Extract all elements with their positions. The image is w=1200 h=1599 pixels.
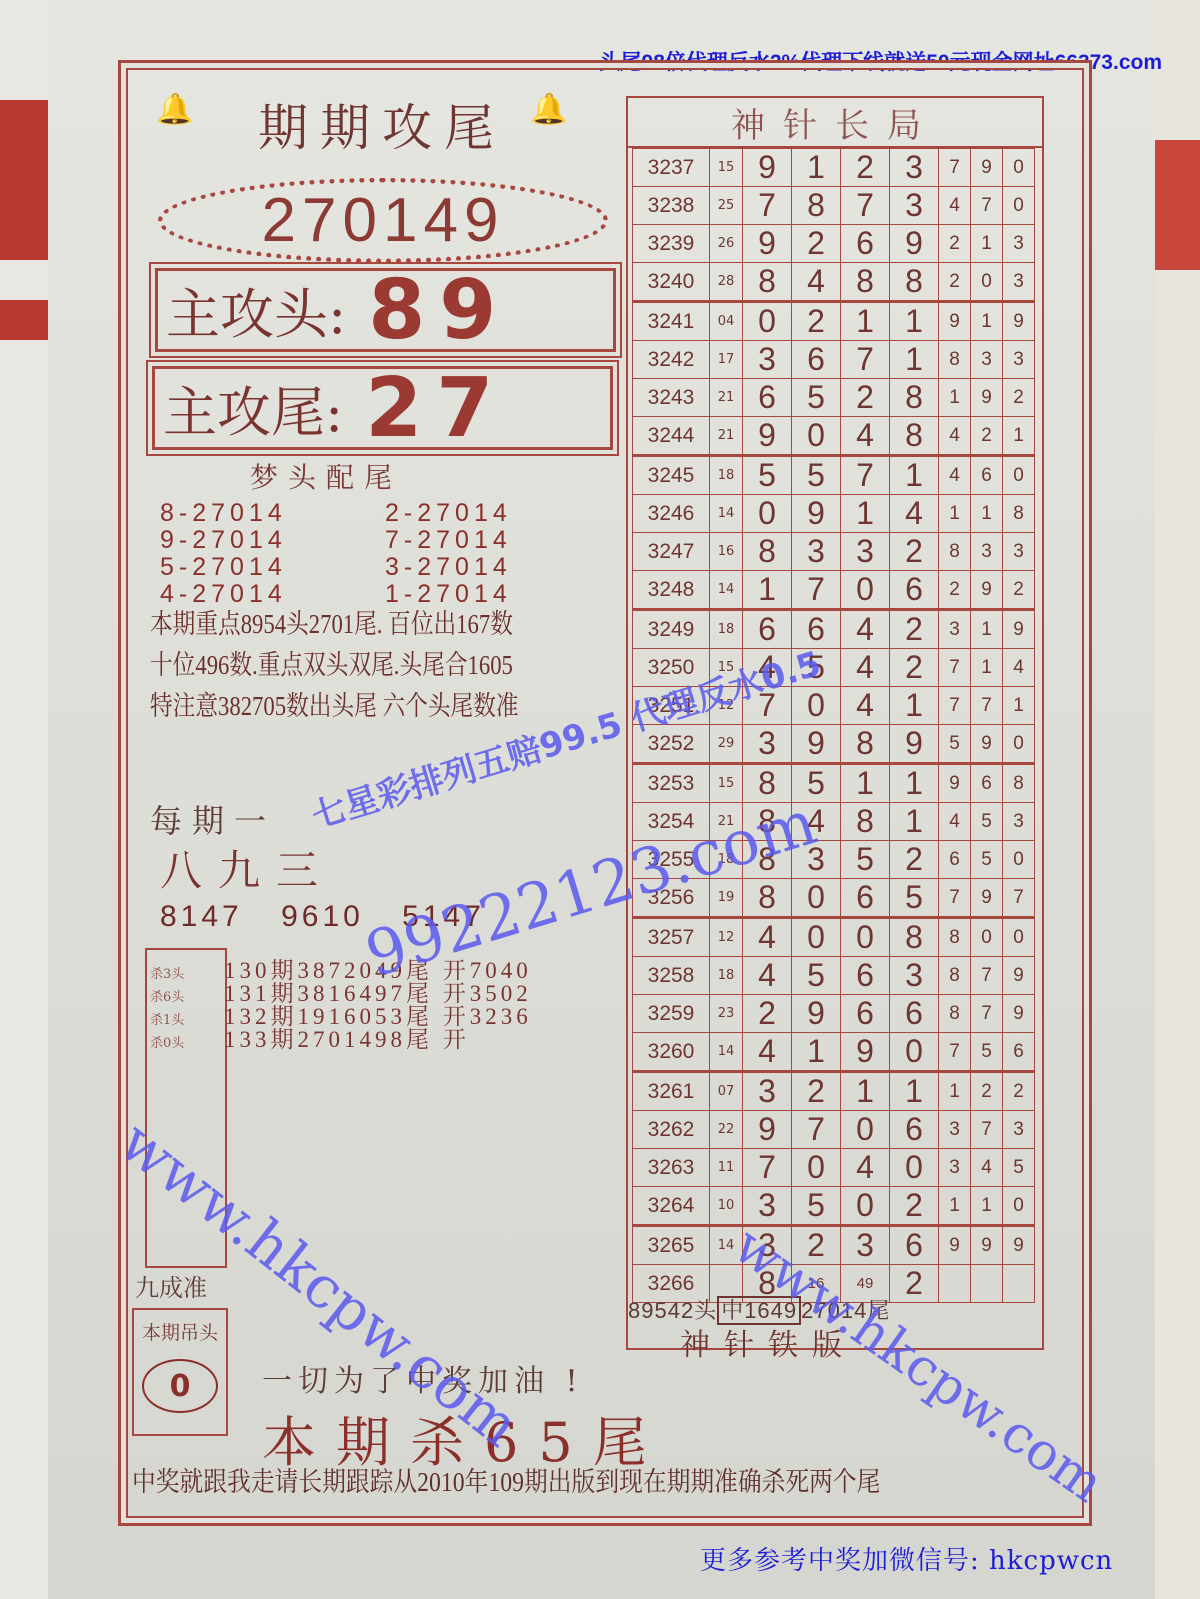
main-digit: 2 (841, 149, 890, 187)
side-digit: 3 (939, 1111, 971, 1149)
side-digit: 7 (971, 687, 1003, 725)
sum-value: 17 (710, 341, 743, 379)
main-digit: 4 (743, 1033, 792, 1072)
side-digit (1003, 1265, 1035, 1303)
main-digit: 4 (841, 649, 890, 687)
main-digit: 3 (890, 149, 939, 187)
main-digit: 4 (841, 610, 890, 649)
side-digit: 0 (1003, 918, 1035, 957)
side-digit (939, 1265, 971, 1303)
table-row: 3244219048421 (633, 417, 1035, 456)
right-page-edge (1155, 0, 1200, 1599)
main-digit: 8 (743, 879, 792, 918)
sum-value: 29 (710, 725, 743, 764)
side-digit: 7 (939, 687, 971, 725)
side-digit: 0 (1003, 187, 1035, 225)
side-digit: 9 (971, 1226, 1003, 1265)
main-digit: 6 (792, 341, 841, 379)
main-digit: 2 (890, 610, 939, 649)
side-digit: 3 (939, 610, 971, 649)
main-digit: 8 (841, 263, 890, 302)
bell-icon: 🔔 (156, 92, 193, 127)
main-digit: 0 (841, 1111, 890, 1149)
side-digit: 9 (1003, 302, 1035, 341)
kill-label: 杀3头 (150, 963, 224, 982)
main-digit: 6 (841, 995, 890, 1033)
main-digit: 5 (743, 456, 792, 495)
table-row: 3246140914118 (633, 495, 1035, 533)
side-digit: 4 (939, 187, 971, 225)
main-digit: 7 (743, 187, 792, 225)
side-digit: 3 (1003, 263, 1035, 302)
side-digit: 2 (1003, 571, 1035, 610)
side-digit: 9 (1003, 610, 1035, 649)
main-tail-value: 27 (365, 361, 507, 456)
side-digit: 0 (971, 263, 1003, 302)
side-digit: 4 (971, 1149, 1003, 1187)
dream-heading: 梦头配尾 (250, 456, 402, 496)
main-digit: 1 (890, 1072, 939, 1111)
kill-label: 杀1头 (150, 1009, 224, 1028)
side-digit: 0 (971, 918, 1003, 957)
left-page-edge (0, 0, 48, 1599)
side-digit: 7 (971, 187, 1003, 225)
main-digit: 9 (841, 1033, 890, 1072)
side-digit: 3 (1003, 533, 1035, 571)
issue-number: 3242 (633, 341, 710, 379)
main-digit: 8 (890, 417, 939, 456)
main-digit: 9 (792, 995, 841, 1033)
side-digit: 1 (939, 1187, 971, 1226)
main-digit: 2 (792, 302, 841, 341)
sum-value: 21 (710, 379, 743, 417)
issue-number: 3263 (633, 1149, 710, 1187)
main-digit: 5 (841, 841, 890, 879)
main-digit: 5 (792, 379, 841, 417)
sum-value: 15 (710, 764, 743, 803)
table-row: 3264103502110 (633, 1187, 1035, 1226)
main-digit: 1 (890, 302, 939, 341)
sum-value: 18 (710, 610, 743, 649)
side-digit: 2 (939, 225, 971, 263)
side-digit: 9 (939, 302, 971, 341)
side-digit: 0 (1003, 456, 1035, 495)
table-row: 3245185571460 (633, 456, 1035, 495)
main-digit: 0 (743, 495, 792, 533)
main-digit: 9 (743, 149, 792, 187)
side-digit: 2 (971, 417, 1003, 456)
hang-head-value: 0 (142, 1359, 218, 1413)
main-digit: 9 (890, 725, 939, 764)
side-digit: 1 (1003, 687, 1035, 725)
side-digit: 9 (971, 571, 1003, 610)
side-digit: 3 (971, 533, 1003, 571)
main-digit: 1 (743, 571, 792, 610)
side-digit: 6 (939, 841, 971, 879)
side-digit: 9 (1003, 1226, 1035, 1265)
side-digit: 2 (939, 571, 971, 610)
main-digit: 3 (841, 1226, 890, 1265)
side-digit: 9 (1003, 957, 1035, 995)
sum-value: 15 (710, 149, 743, 187)
main-digit: 0 (841, 918, 890, 957)
dream-pair: 9-27014 (160, 527, 385, 554)
side-digit: 9 (939, 1226, 971, 1265)
main-tail-box: 主攻尾: 27 (152, 366, 613, 450)
sum-value: 22 (710, 1111, 743, 1149)
main-digit: 3 (743, 341, 792, 379)
side-digit: 3 (1003, 803, 1035, 841)
table-row: 3257124008800 (633, 918, 1035, 957)
table-row: 3252293989590 (633, 725, 1035, 764)
table-row: 3240288488203 (633, 263, 1035, 302)
sum-value: 16 (710, 533, 743, 571)
main-digit: 1 (841, 495, 890, 533)
side-digit: 4 (939, 417, 971, 456)
main-digit: 7 (841, 456, 890, 495)
table-row: 3261073211122 (633, 1072, 1035, 1111)
side-digit: 2 (1003, 1072, 1035, 1111)
chinese-numbers: 八九三 (160, 838, 334, 898)
table-row: 3263117040345 (633, 1149, 1035, 1187)
main-head-box: 主攻头: 89 (155, 268, 616, 352)
side-digit: 8 (939, 995, 971, 1033)
main-digit: 0 (890, 1149, 939, 1187)
sum-value: 25 (710, 187, 743, 225)
main-digit: 6 (841, 879, 890, 918)
kill-text: 133期2701498尾 开 (224, 1021, 470, 1054)
main-digit: 6 (890, 1226, 939, 1265)
side-digit: 5 (971, 803, 1003, 841)
flyer-title: 期期攻尾 (258, 88, 506, 160)
side-digit: 5 (939, 725, 971, 764)
main-digit: 8 (890, 263, 939, 302)
table-row: 3237159123790 (633, 149, 1035, 187)
main-head-value: 89 (368, 263, 510, 358)
sum-value: 14 (710, 1033, 743, 1072)
sum-value: 12 (710, 918, 743, 957)
main-digit: 6 (890, 1111, 939, 1149)
main-digit: 7 (841, 341, 890, 379)
main-digit: 0 (890, 1033, 939, 1072)
sum-value: 23 (710, 995, 743, 1033)
issue-number: 3248 (633, 571, 710, 610)
main-digit: 9 (792, 495, 841, 533)
side-digit: 9 (939, 764, 971, 803)
table-row: 3239269269213 (633, 225, 1035, 263)
table-row: 3260144190756 (633, 1033, 1035, 1072)
note-line: 十位496数.重点双头双尾.头尾合1605 (150, 645, 553, 686)
side-digit: 3 (1003, 341, 1035, 379)
main-digit: 6 (890, 995, 939, 1033)
side-digit: 2 (1003, 379, 1035, 417)
issue-number: 3260 (633, 1033, 710, 1072)
issue-number: 3238 (633, 187, 710, 225)
issue-number: 3257 (633, 918, 710, 957)
side-digit: 5 (1003, 1149, 1035, 1187)
main-digit: 4 (743, 957, 792, 995)
main-digit: 3 (890, 187, 939, 225)
main-digit: 0 (792, 687, 841, 725)
dream-pair: 3-27014 (385, 554, 610, 581)
side-digit: 0 (1003, 1187, 1035, 1226)
main-digit: 6 (743, 379, 792, 417)
issue-number: 3262 (633, 1111, 710, 1149)
side-digit: 6 (971, 764, 1003, 803)
side-digit: 1 (971, 302, 1003, 341)
side-digit: 8 (939, 341, 971, 379)
sum-value: 18 (710, 957, 743, 995)
table-row: 3248141706292 (633, 571, 1035, 610)
table-row: 3247168332833 (633, 533, 1035, 571)
main-digit: 3 (743, 1072, 792, 1111)
main-digit: 2 (890, 1265, 939, 1303)
main-digit: 7 (792, 571, 841, 610)
main-digit: 7 (792, 1111, 841, 1149)
main-digit: 0 (841, 571, 890, 610)
table-title: 神针长局 (628, 98, 1042, 148)
main-digit: 8 (890, 918, 939, 957)
main-digit: 9 (743, 1111, 792, 1149)
issue-number: 3237 (633, 149, 710, 187)
main-digit: 0 (792, 918, 841, 957)
side-digit: 8 (1003, 764, 1035, 803)
side-digit: 4 (939, 456, 971, 495)
main-digit: 2 (792, 225, 841, 263)
kill-record-list: 杀3头130期3872049尾 开7040 杀6头131期3816497尾 开3… (150, 952, 532, 1044)
results-table: 3237159123790323825787347032392692692133… (632, 148, 1035, 1303)
side-digit: 2 (939, 263, 971, 302)
sum-value: 14 (710, 495, 743, 533)
side-digit: 7 (1003, 879, 1035, 918)
main-digit: 5 (890, 879, 939, 918)
sum-value: 26 (710, 225, 743, 263)
main-digit: 0 (841, 1187, 890, 1226)
side-digit: 9 (971, 879, 1003, 918)
side-digit: 1 (1003, 417, 1035, 456)
main-digit: 2 (890, 1187, 939, 1226)
main-digit: 6 (890, 571, 939, 610)
issue-number: 3259 (633, 995, 710, 1033)
main-digit: 9 (792, 725, 841, 764)
side-digit: 1 (971, 225, 1003, 263)
main-digit: 6 (841, 225, 890, 263)
main-digit: 2 (743, 995, 792, 1033)
main-digit: 0 (792, 879, 841, 918)
side-digit: 9 (971, 725, 1003, 764)
side-digit: 7 (971, 995, 1003, 1033)
sum-value: 10 (710, 1187, 743, 1226)
main-digit: 4 (890, 495, 939, 533)
main-digit: 7 (841, 187, 890, 225)
sum-value: 18 (710, 456, 743, 495)
main-digit: 2 (841, 379, 890, 417)
featured-number: 270149 (158, 178, 608, 263)
dream-pair: 7-27014 (385, 527, 610, 554)
side-digit: 3 (971, 341, 1003, 379)
main-digit: 4 (841, 417, 890, 456)
side-digit: 0 (1003, 841, 1035, 879)
main-digit: 8 (743, 533, 792, 571)
table-row: 3241040211919 (633, 302, 1035, 341)
side-digit (971, 1265, 1003, 1303)
main-digit: 2 (890, 533, 939, 571)
issue-number: 3265 (633, 1226, 710, 1265)
flyer-footer: 中奖就跟我走请长期跟踪从2010年109期出版到现在期期准确杀死两个尾 (132, 1460, 959, 1499)
main-digit: 2 (890, 841, 939, 879)
main-digit: 2 (792, 1072, 841, 1111)
footer-watermark: 更多参考中奖加微信号: hkcpwcn (700, 1540, 1113, 1577)
issue-number: 3239 (633, 225, 710, 263)
main-digit: 8 (792, 187, 841, 225)
main-digit: 1 (890, 456, 939, 495)
main-digit: 1 (890, 341, 939, 379)
main-digit: 8 (890, 379, 939, 417)
table-row: 3242173671833 (633, 341, 1035, 379)
side-digit: 8 (939, 918, 971, 957)
issue-number: 3253 (633, 764, 710, 803)
side-digit: 9 (971, 379, 1003, 417)
main-digit: 0 (792, 1149, 841, 1187)
main-digit: 1 (841, 302, 890, 341)
side-digit: 7 (939, 879, 971, 918)
main-digit: 3 (890, 957, 939, 995)
issue-number: 3241 (633, 302, 710, 341)
table-row: 3259232966879 (633, 995, 1035, 1033)
main-digit: 3 (792, 533, 841, 571)
side-digit: 9 (1003, 995, 1035, 1033)
table-row: 3262229706373 (633, 1111, 1035, 1149)
side-digit: 7 (971, 957, 1003, 995)
side-digit: 0 (1003, 149, 1035, 187)
sum-value: 11 (710, 1149, 743, 1187)
side-digit: 6 (971, 456, 1003, 495)
side-digit: 7 (971, 1111, 1003, 1149)
main-digit: 3 (841, 533, 890, 571)
sum-value: 28 (710, 263, 743, 302)
main-digit: 6 (841, 957, 890, 995)
table-row: 3265143236999 (633, 1226, 1035, 1265)
main-digit: 5 (792, 1187, 841, 1226)
side-digit: 8 (939, 957, 971, 995)
table-row: 3258184563879 (633, 957, 1035, 995)
main-digit: 3 (743, 725, 792, 764)
side-digit: 3 (1003, 1111, 1035, 1149)
main-digit: 5 (792, 456, 841, 495)
main-tail-label: 主攻尾: (163, 370, 343, 447)
main-digit: 1 (841, 1072, 890, 1111)
accuracy-label: 九成准 (135, 1268, 207, 1303)
kill-label: 杀0头 (150, 1032, 224, 1051)
sum-value: 04 (710, 302, 743, 341)
side-digit: 6 (1003, 1033, 1035, 1072)
main-digit: 9 (890, 225, 939, 263)
issue-number: 3247 (633, 533, 710, 571)
kill-label: 杀6头 (150, 986, 224, 1005)
issue-number: 3246 (633, 495, 710, 533)
issue-number: 3264 (633, 1187, 710, 1226)
dream-pair: 2-27014 (385, 500, 610, 527)
side-digit: 0 (1003, 725, 1035, 764)
main-digit: 1 (792, 149, 841, 187)
issue-number: 3243 (633, 379, 710, 417)
table-row: 3243216528192 (633, 379, 1035, 417)
main-digit: 7 (743, 1149, 792, 1187)
main-digit: 0 (743, 302, 792, 341)
side-digit: 4 (939, 803, 971, 841)
side-digit: 8 (1003, 495, 1035, 533)
side-digit: 9 (971, 149, 1003, 187)
main-digit: 1 (792, 1033, 841, 1072)
main-digit: 1 (890, 687, 939, 725)
dream-pairs: 8-27014 2-27014 9-27014 7-27014 5-27014 … (160, 500, 610, 608)
dream-pair: 8-27014 (160, 500, 385, 527)
main-digit: 4 (841, 1149, 890, 1187)
side-digit: 4 (1003, 649, 1035, 687)
side-digit: 7 (939, 149, 971, 187)
table-row: 3253158511968 (633, 764, 1035, 803)
issue-number: 3244 (633, 417, 710, 456)
side-digit: 1 (939, 379, 971, 417)
main-digit: 0 (792, 417, 841, 456)
main-digit: 4 (792, 263, 841, 302)
main-digit: 6 (743, 610, 792, 649)
main-digit: 8 (841, 803, 890, 841)
sum-value: 07 (710, 1072, 743, 1111)
each-period-label: 每期一 (150, 796, 276, 842)
side-digit: 5 (971, 841, 1003, 879)
note-line: 本期重点8954头2701尾. 百位出167数 (150, 604, 553, 645)
hang-head-label: 本期吊头 (134, 1318, 226, 1345)
issue-number: 3240 (633, 263, 710, 302)
main-head-label: 主攻头: (166, 272, 346, 349)
issue-number: 3258 (633, 957, 710, 995)
table-row: 3238257873470 (633, 187, 1035, 225)
side-digit: 3 (939, 1149, 971, 1187)
main-digit: 4 (841, 687, 890, 725)
side-digit: 3 (1003, 225, 1035, 263)
side-digit: 1 (971, 610, 1003, 649)
side-digit: 1 (971, 495, 1003, 533)
side-digit: 5 (971, 1033, 1003, 1072)
side-digit: 1 (971, 649, 1003, 687)
main-digit: 2 (890, 649, 939, 687)
main-digit: 1 (841, 764, 890, 803)
hang-head-box: 本期吊头 0 (132, 1308, 228, 1436)
side-digit: 1 (971, 1187, 1003, 1226)
issue-number: 3249 (633, 610, 710, 649)
bell-icon: 🔔 (530, 92, 567, 127)
main-digit: 8 (743, 263, 792, 302)
dream-pair: 5-27014 (160, 554, 385, 581)
side-digit: 1 (939, 495, 971, 533)
side-digit: 2 (971, 1072, 1003, 1111)
sum-value: 14 (710, 571, 743, 610)
side-digit: 8 (939, 533, 971, 571)
main-digit: 4 (743, 918, 792, 957)
note-line: 特注意382705数出头尾 六个头尾数准 (150, 686, 553, 727)
side-digit: 7 (939, 649, 971, 687)
side-digit: 7 (939, 1033, 971, 1072)
notes-block: 本期重点8954头2701尾. 百位出167数 十位496数.重点双头双尾.头尾… (150, 604, 630, 727)
main-digit: 3 (743, 1187, 792, 1226)
table-row: 3249186642319 (633, 610, 1035, 649)
side-digit: 1 (939, 1072, 971, 1111)
main-digit: 8 (841, 725, 890, 764)
main-digit: 9 (743, 225, 792, 263)
main-digit: 5 (792, 957, 841, 995)
issue-number: 3245 (633, 456, 710, 495)
